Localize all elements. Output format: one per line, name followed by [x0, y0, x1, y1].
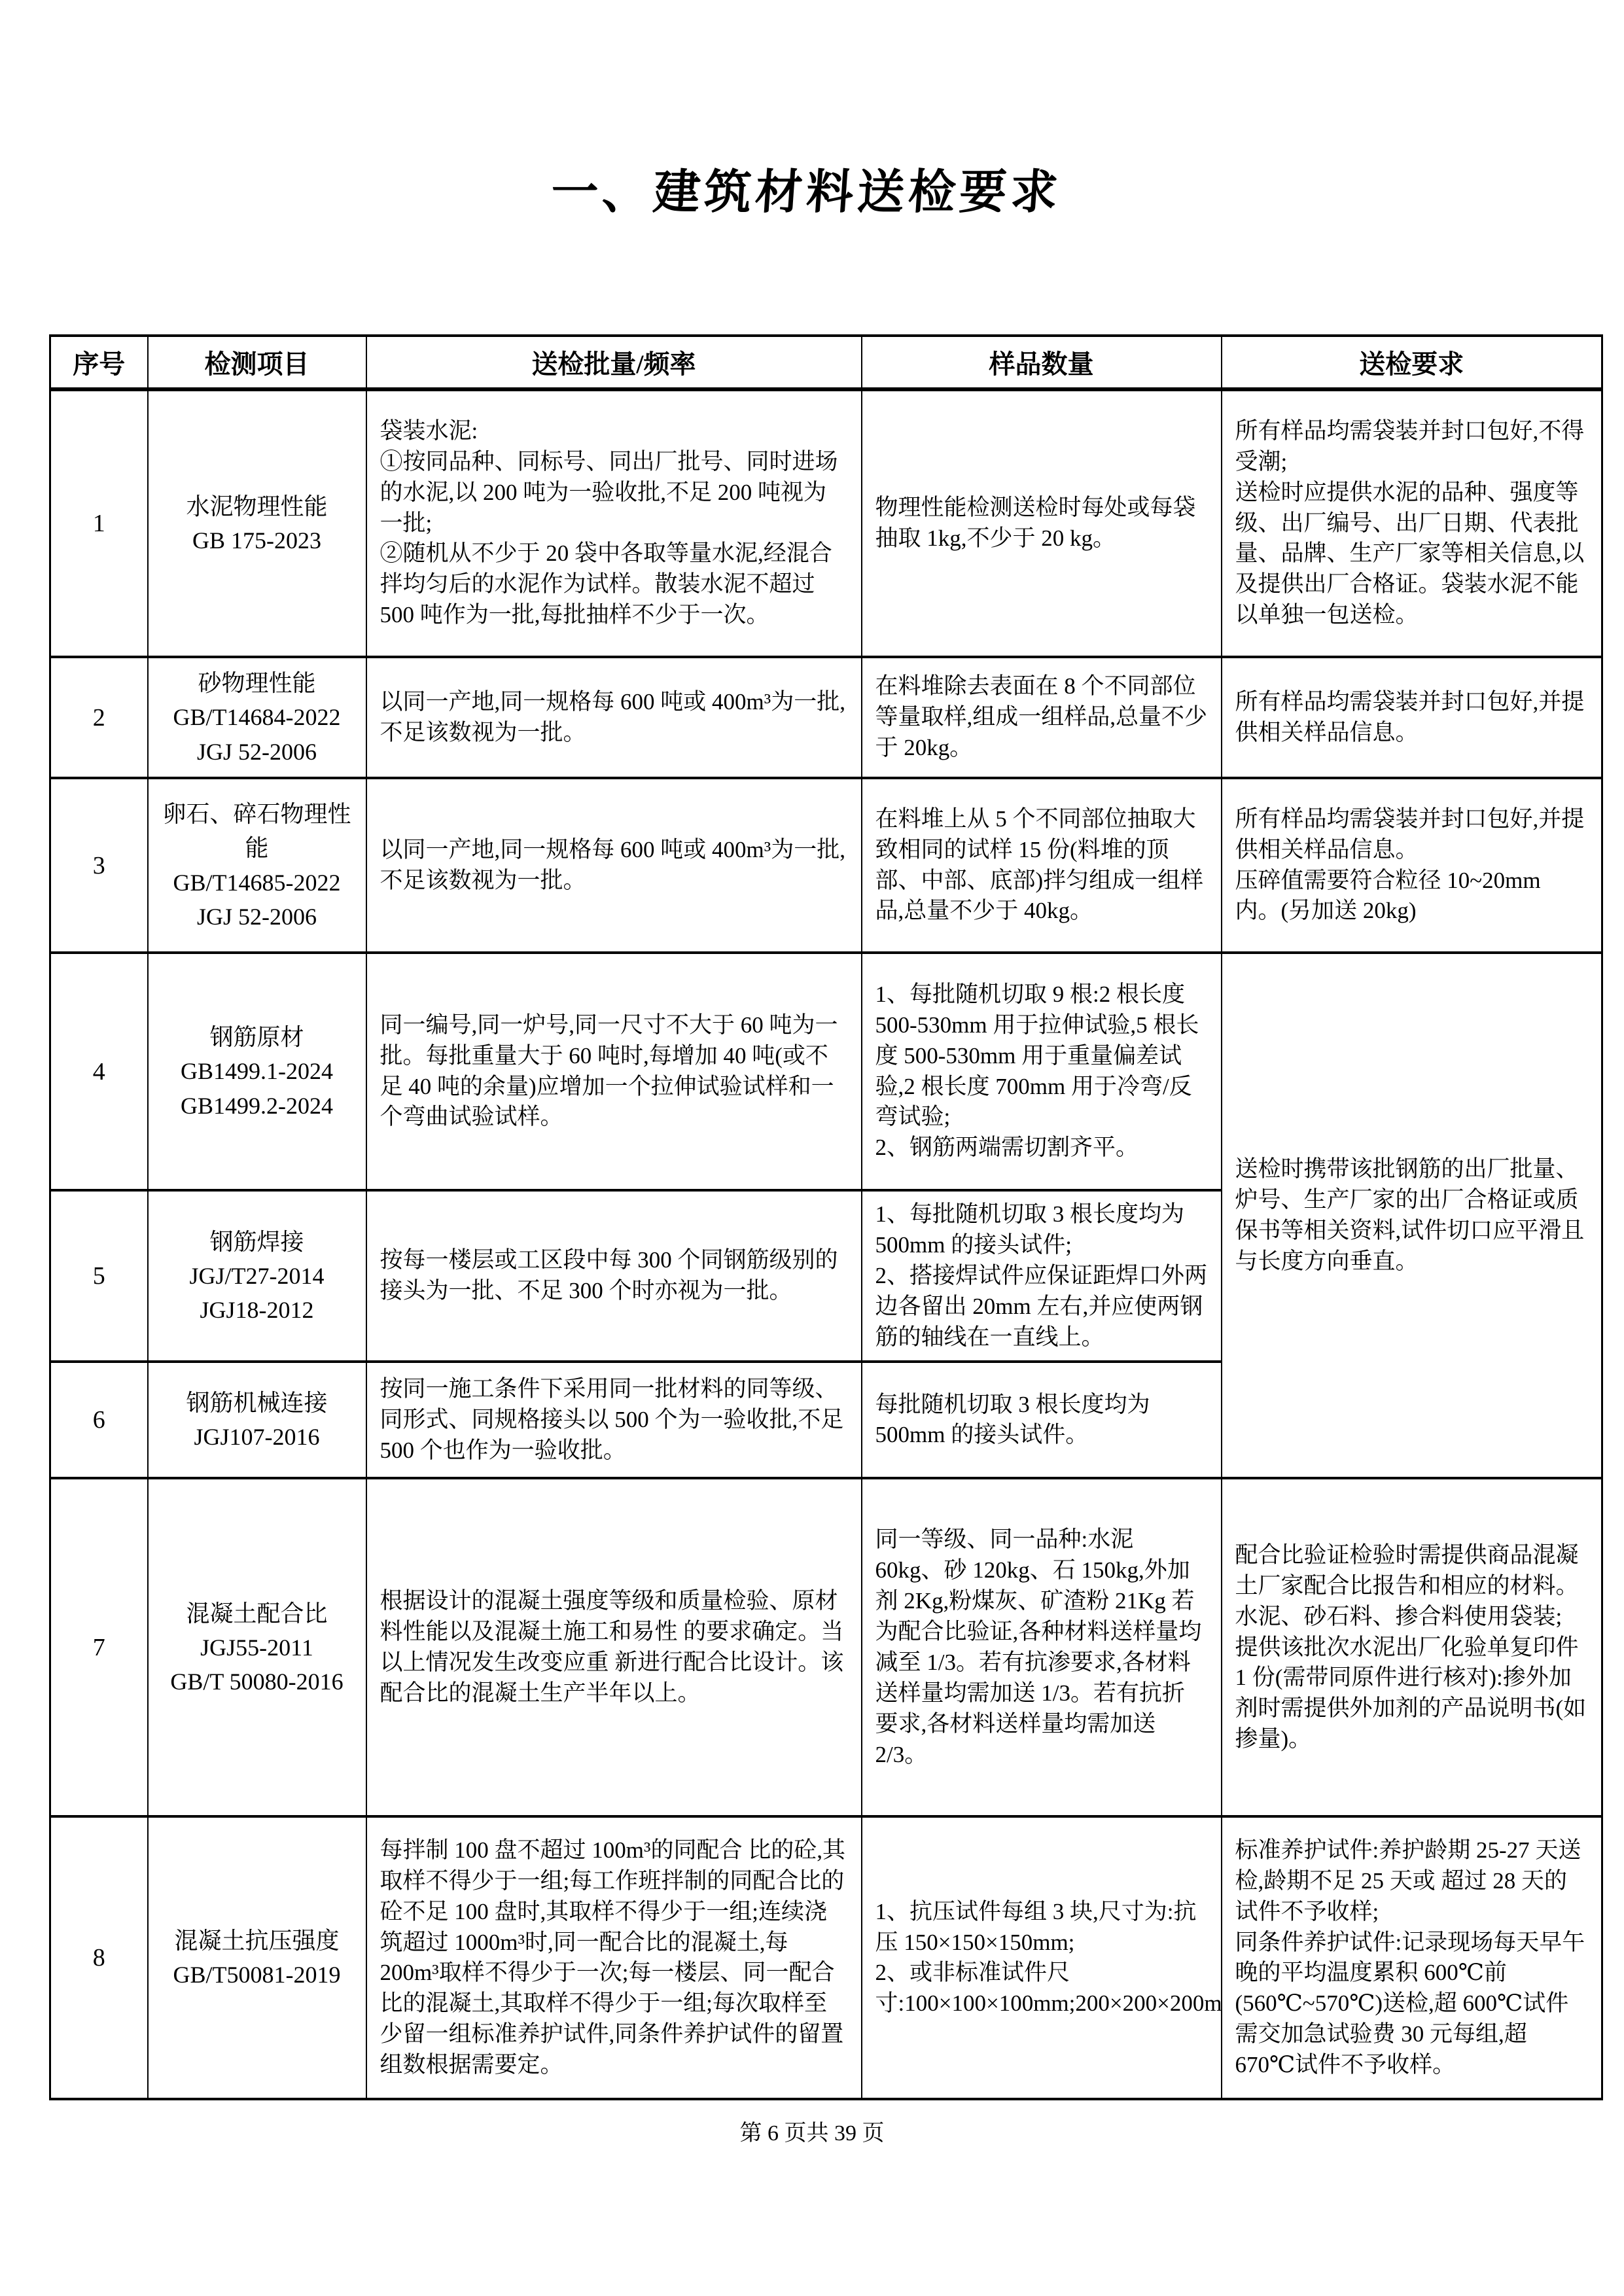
cell-batch: 以同一产地,同一规格每 600 吨或 400m³为一批,不足该数视为一批。: [366, 657, 862, 778]
cell-item: 水泥物理性能 GB 175-2023: [148, 389, 366, 657]
cell-item: 卵石、碎石物理性能 GB/T14685-2022 JGJ 52-2006: [148, 778, 366, 953]
inspection-requirements-table: 序号 检测项目 送检批量/频率 样品数量 送检要求 1 水泥物理性能 GB 17…: [49, 334, 1603, 2100]
cell-item: 钢筋原材 GB1499.1-2024 GB1499.2-2024: [148, 953, 366, 1190]
page-title: 一、建筑材料送检要求: [0, 0, 1624, 222]
cell-item: 混凝土抗压强度 GB/T50081-2019: [148, 1816, 366, 2099]
table-row: 4 钢筋原材 GB1499.1-2024 GB1499.2-2024 同一编号,…: [50, 953, 1602, 1190]
cell-quantity: 同一等级、同一品种:水泥 60kg、砂 120kg、石 150kg,外加剂 2K…: [862, 1478, 1222, 1816]
cell-requirement: 所有样品均需袋装并封口包好,不得受潮; 送检时应提供水泥的品种、强度等级、出厂编…: [1222, 389, 1602, 657]
col-header-quantity: 样品数量: [862, 336, 1222, 389]
cell-quantity: 在料堆除去表面在 8 个不同部位等量取样,组成一组样品,总量不少于 20kg。: [862, 657, 1222, 778]
cell-requirement: 所有样品均需袋装并封口包好,并提供相关样品信息。 压碎值需要符合粒径 10~20…: [1222, 778, 1602, 953]
cell-item: 钢筋焊接 JGJ/T27-2014 JGJ18-2012: [148, 1190, 366, 1362]
cell-batch: 以同一产地,同一规格每 600 吨或 400m³为一批,不足该数视为一批。: [366, 778, 862, 953]
cell-requirement: 所有样品均需袋装并封口包好,并提供相关样品信息。: [1222, 657, 1602, 778]
page-number: 第 6 页共 39 页: [0, 2115, 1624, 2147]
cell-batch: 同一编号,同一炉号,同一尺寸不大于 60 吨为一批。每批重量大于 60 吨时,每…: [366, 953, 862, 1190]
col-header-batch: 送检批量/频率: [366, 336, 862, 389]
table-header-row: 序号 检测项目 送检批量/频率 样品数量 送检要求: [50, 336, 1602, 389]
cell-no: 1: [50, 389, 148, 657]
col-header-requirement: 送检要求: [1222, 336, 1602, 389]
cell-batch: 按每一楼层或工区段中每 300 个同钢筋级别的接头为一批、不足 300 个时亦视…: [366, 1190, 862, 1362]
cell-batch: 每拌制 100 盘不超过 100m³的同配合 比的砼,其取样不得少于一组;每工作…: [366, 1816, 862, 2099]
cell-requirement-merged-rows-4-6: 送检时携带该批钢筋的出厂批量、炉号、生产厂家的出厂合格证或质保书等相关资料,试件…: [1222, 953, 1602, 1478]
cell-quantity: 1、每批随机切取 3 根长度均为 500mm 的接头试件; 2、搭接焊试件应保证…: [862, 1190, 1222, 1362]
cell-quantity: 物理性能检测送检时每处或每袋抽取 1kg,不少于 20 kg。: [862, 389, 1222, 657]
cell-no: 6: [50, 1362, 148, 1478]
cell-item: 混凝土配合比 JGJ55-2011 GB/T 50080-2016: [148, 1478, 366, 1816]
col-header-item: 检测项目: [148, 336, 366, 389]
cell-batch: 按同一施工条件下采用同一批材料的同等级、同形式、同规格接头以 500 个为一验收…: [366, 1362, 862, 1478]
cell-batch: 根据设计的混凝土强度等级和质量检验、原材料性能以及混凝土施工和易性 的要求确定。…: [366, 1478, 862, 1816]
cell-batch: 袋装水泥: ①按同品种、同标号、同出厂批号、同时进场的水泥,以 200 吨为一验…: [366, 389, 862, 657]
table-row: 1 水泥物理性能 GB 175-2023 袋装水泥: ①按同品种、同标号、同出厂…: [50, 389, 1602, 657]
document-page: 一、建筑材料送检要求 序号 检测项目 送检批量/频率 样品数量 送检要求 1 水…: [0, 0, 1624, 2296]
cell-no: 2: [50, 657, 148, 778]
cell-item: 钢筋机械连接 JGJ107-2016: [148, 1362, 366, 1478]
table-row: 3 卵石、碎石物理性能 GB/T14685-2022 JGJ 52-2006 以…: [50, 778, 1602, 953]
cell-no: 4: [50, 953, 148, 1190]
cell-item: 砂物理性能 GB/T14684-2022 JGJ 52-2006: [148, 657, 366, 778]
cell-no: 8: [50, 1816, 148, 2099]
cell-no: 3: [50, 778, 148, 953]
cell-no: 5: [50, 1190, 148, 1362]
col-header-no: 序号: [50, 336, 148, 389]
cell-requirement: 标准养护试件:养护龄期 25-27 天送检,龄期不足 25 天或 超过 28 天…: [1222, 1816, 1602, 2099]
cell-no: 7: [50, 1478, 148, 1816]
table-row: 2 砂物理性能 GB/T14684-2022 JGJ 52-2006 以同一产地…: [50, 657, 1602, 778]
cell-quantity: 1、抗压试件每组 3 块,尺寸为:抗压 150×150×150mm; 2、或非标…: [862, 1816, 1222, 2099]
cell-quantity: 每批随机切取 3 根长度均为 500mm 的接头试件。: [862, 1362, 1222, 1478]
table-row: 8 混凝土抗压强度 GB/T50081-2019 每拌制 100 盘不超过 10…: [50, 1816, 1602, 2099]
table-row: 7 混凝土配合比 JGJ55-2011 GB/T 50080-2016 根据设计…: [50, 1478, 1602, 1816]
cell-quantity: 1、每批随机切取 9 根:2 根长度 500-530mm 用于拉伸试验,5 根长…: [862, 953, 1222, 1190]
cell-requirement: 配合比验证检验时需提供商品混凝土厂家配合比报告和相应的材料。 水泥、砂石料、掺合…: [1222, 1478, 1602, 1816]
cell-quantity: 在料堆上从 5 个不同部位抽取大致相同的试样 15 份(料堆的顶部、中部、底部)…: [862, 778, 1222, 953]
